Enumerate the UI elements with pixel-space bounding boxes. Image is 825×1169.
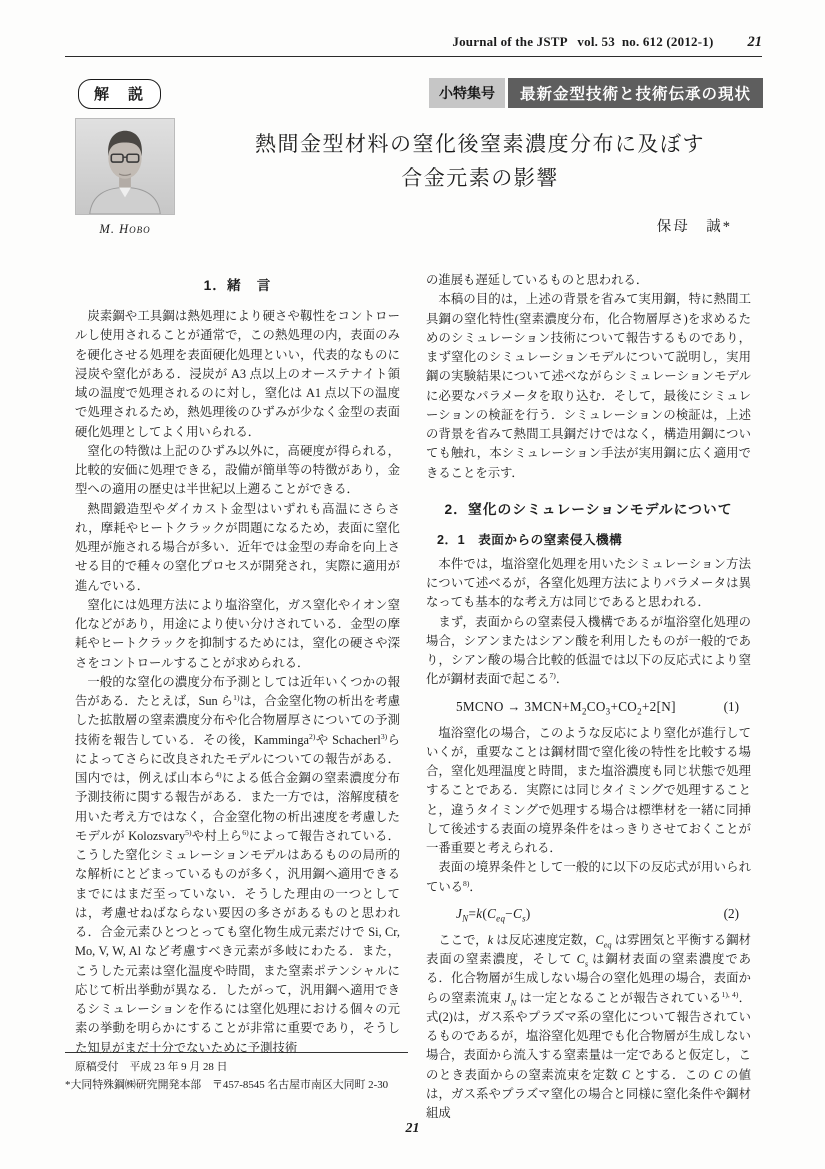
equation-2: JN=k(Ceq−Cs) (2) bbox=[426, 897, 751, 931]
paragraph: 本稿の目的は，上述の背景を省みて実用鋼，特に熱間工具鋼の窒化特性(窒素濃度分布，… bbox=[426, 290, 751, 483]
title-block: 熱間金型材料の窒化後窒素濃度分布に及ぼす 合金元素の影響 保母 誠* bbox=[200, 127, 760, 236]
article-title: 熱間金型材料の窒化後窒素濃度分布に及ぼす 合金元素の影響 bbox=[200, 127, 760, 195]
paragraph: 炭素鋼や工具鋼は熱処理により硬さや靱性をコントロールし使用されることが通常で，こ… bbox=[75, 307, 400, 442]
journal-page: Journal of the JSTP vol. 53 no. 612 (201… bbox=[0, 0, 825, 1169]
author-photo-caption: M. Hobo bbox=[75, 222, 175, 237]
author-photo: M. Hobo bbox=[75, 118, 175, 237]
paragraph: ここで，k は反応速度定数，Ceq は雰囲気と平衡する鋼材表面の窒素濃度，そして… bbox=[426, 931, 751, 1124]
article-title-line2: 合金元素の影響 bbox=[401, 166, 559, 190]
section-1-heading: 1．緒 言 bbox=[75, 274, 400, 294]
paragraph: 本件では，塩浴窒化処理を用いたシミュレーション方法について述べるが，各窒化処理方… bbox=[426, 555, 751, 613]
paragraph: 一般的な窒化の濃度分布予測としては近年いくつかの報告がある．たとえば，Sun ら… bbox=[75, 673, 400, 1058]
article-type-badge: 解 説 bbox=[78, 79, 161, 109]
footnote-affiliation: *大同特殊鋼㈱研究開発本部 〒457-8545 名古屋市南区大同町 2-30 bbox=[65, 1077, 408, 1095]
paragraph: 表面の境界条件として一般的に以下の反応式が用いられている8)． bbox=[426, 858, 751, 897]
section-2-heading: 2．窒化のシミュレーションモデルについて bbox=[426, 498, 751, 518]
special-issue-banner: 小特集号 最新金型技術と技術伝承の現状 bbox=[429, 78, 763, 108]
running-head: Journal of the JSTP vol. 53 no. 612 (201… bbox=[65, 34, 762, 51]
paragraph: まず，表面からの窒素侵入機構であるが塩浴窒化処理の場合，シアンまたはシアン酸を利… bbox=[426, 613, 751, 690]
journal-citation: Journal of the JSTP vol. 53 no. 612 (201… bbox=[452, 34, 713, 50]
paragraph: 窒化の特徴は上記のひずみ以外に，高硬度が得られる，比較的安価に処理できる，設備が… bbox=[75, 442, 400, 500]
footnote: 原稿受付 平成 23 年 9 月 28 日 *大同特殊鋼㈱研究開発本部 〒457… bbox=[65, 1052, 408, 1094]
section-2-1-heading: 2．1 表面からの窒素侵入機構 bbox=[426, 529, 751, 548]
paragraph: 窒化には処理方法により塩浴窒化，ガス窒化やイオン窒化などがあり，用途により使い分… bbox=[75, 596, 400, 673]
equation-2-number: (2) bbox=[724, 906, 751, 922]
article-title-line1: 熱間金型材料の窒化後窒素濃度分布に及ぼす bbox=[255, 132, 705, 156]
paragraph: 熱間鍛造型やダイカスト金型はいずれも高温にさらされ，摩耗やヒートクラックが問題に… bbox=[75, 500, 400, 596]
equation-1-number: (1) bbox=[724, 699, 751, 715]
footnote-received-date: 原稿受付 平成 23 年 9 月 28 日 bbox=[65, 1059, 408, 1077]
article-body: 1．緒 言 炭素鋼や工具鋼は熱処理により硬さや靱性をコントロールし使用されること… bbox=[75, 271, 751, 1123]
article-type-label: 解 説 bbox=[94, 86, 145, 103]
author-name: 保母 誠* bbox=[200, 215, 760, 236]
equation-1: 5MCNO → 3MCN+M2CO3+CO2+2[N] (1) bbox=[426, 690, 751, 724]
page-number-top: 21 bbox=[748, 34, 763, 51]
author-portrait-image bbox=[75, 118, 175, 215]
header-rule bbox=[65, 56, 762, 57]
paragraph: 塩浴窒化の場合，このような反応により窒化が進行していくが，重要なことは鋼材間で窒… bbox=[426, 724, 751, 859]
special-issue-title: 最新金型技術と技術伝承の現状 bbox=[508, 78, 763, 108]
equation-1-expression: 5MCNO → 3MCN+M2CO3+CO2+2[N] bbox=[456, 699, 724, 715]
left-column: 1．緒 言 炭素鋼や工具鋼は熱処理により硬さや靱性をコントロールし使用されること… bbox=[75, 271, 400, 1123]
page-number-bottom: 21 bbox=[0, 1121, 825, 1137]
paragraph: の進展も遅延しているものと思われる． bbox=[426, 271, 751, 290]
special-issue-label: 小特集号 bbox=[429, 78, 505, 108]
equation-2-expression: JN=k(Ceq−Cs) bbox=[456, 906, 724, 922]
right-column: の進展も遅延しているものと思われる． 本稿の目的は，上述の背景を省みて実用鋼，特… bbox=[426, 271, 751, 1123]
